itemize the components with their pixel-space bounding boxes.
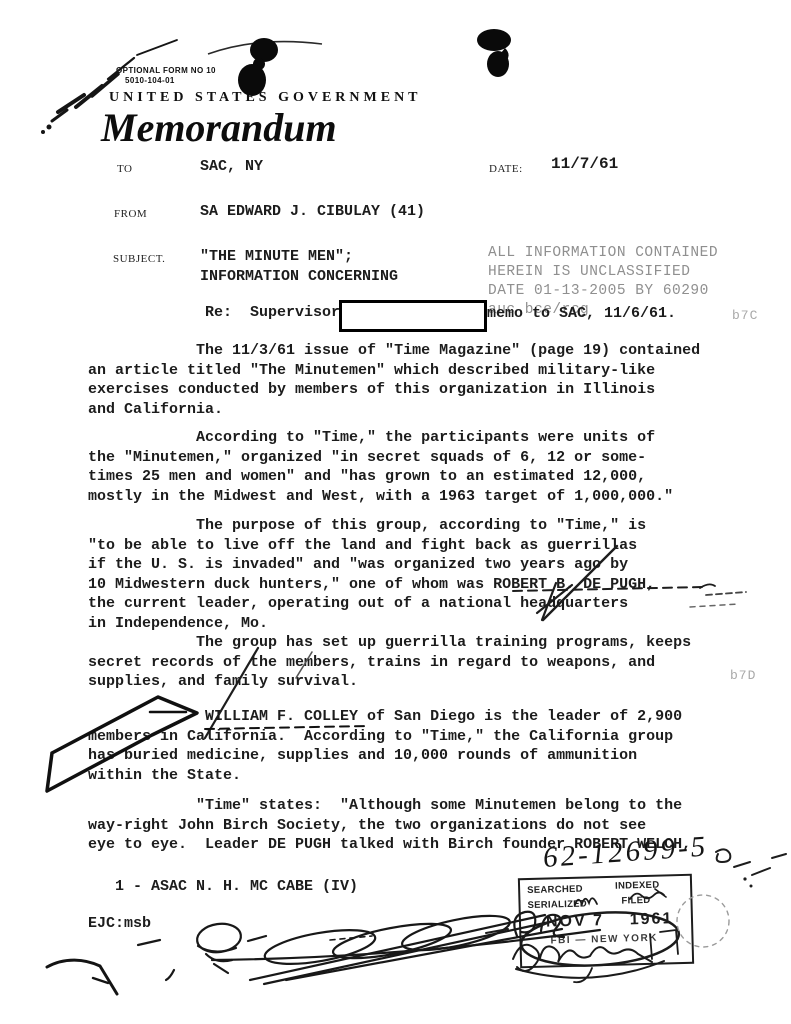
body-paragraph-3: The purpose of this group, according to … [88,516,748,633]
handwritten-marks-overlay [0,0,791,1024]
case-number-scribbles [716,849,786,887]
date-label: DATE: [489,163,523,175]
cc-line: 1 - ASAC N. H. MC CABE (IV) [115,877,358,897]
body-paragraph-4: The group has set up guerrilla training … [88,633,748,692]
redaction-box [339,300,487,332]
date-value: 11/7/61 [551,155,618,175]
file-stamp-serialized: SERIALIZED [527,898,587,911]
form-number: OPTIONAL FORM NO 10 5010-104-01 [116,66,216,86]
body-paragraph-2: According to "Time," the participants we… [88,428,748,506]
scan-curve-top [208,42,322,54]
from-value: SA EDWARD J. CIBULAY (41) [200,202,425,222]
from-label: FROM [114,208,147,220]
margin-code-b7d: b7D [730,668,756,683]
margin-code-b7c: b7C [732,308,758,323]
typist-initials: EJC:msb [88,914,151,934]
to-value: SAC, NY [200,157,263,177]
subject-label: SUBJECT. [113,253,165,265]
file-stamp-filed: FILED [621,895,650,907]
file-stamp-indexed: INDEXED [615,880,660,892]
form-number-line1: OPTIONAL FORM NO 10 [116,66,216,76]
ink-blob-right [477,29,511,77]
ink-blob-left [238,38,278,96]
file-stamp-date: NOV 7 1961 [546,910,674,931]
subject-value: "THE MINUTE MEN"; INFORMATION CONCERNING [200,247,398,286]
re-line-prefix: Re: Supervisor [205,303,340,323]
file-stamp-searched: SEARCHED [527,884,583,896]
memorandum-title: Memorandum [101,104,337,151]
memo-document: OPTIONAL FORM NO 10 5010-104-01 UNITED S… [0,0,791,1024]
pen-mark-bottom-left [47,960,117,994]
body-paragraph-5: WILLIAM F. COLLEY of San Diego is the le… [88,707,748,785]
file-stamp-office: FBI — NEW YORK [550,933,658,947]
re-line-suffix: memo to SAC, 11/6/61. [487,304,676,324]
file-stamp: SEARCHED INDEXED SERIALIZED FILED NOV 7 … [518,874,694,969]
body-paragraph-1: The 11/3/61 issue of "Time Magazine" (pa… [88,341,748,419]
to-label: TO [117,163,132,175]
form-number-line2: 5010-104-01 [116,76,216,86]
